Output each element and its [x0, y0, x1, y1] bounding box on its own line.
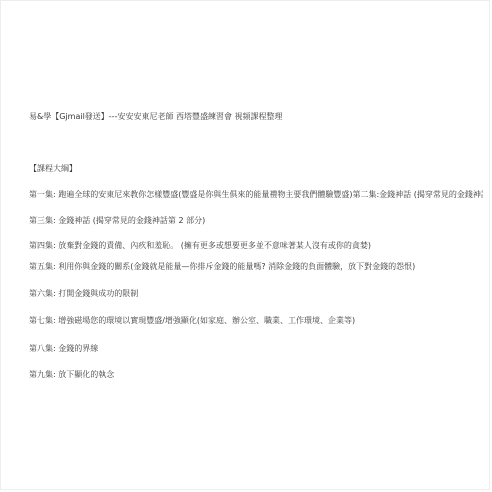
outline-line-episode-4: 第四集: 放棄對金錢的責備、內疚和羞恥。 (擁有更多或想要更多並不意味著某人沒有… — [29, 240, 483, 252]
document-title: 易&學【Gjmail發送】---安安安東尼老師 西塔豐盛練習會 視頻課程整理 — [29, 111, 483, 123]
document-page: 易&學【Gjmail發送】---安安安東尼老師 西塔豐盛練習會 視頻課程整理 【… — [0, 0, 490, 490]
outline-line-episode-7: 第七集: 增強磁場您的環境以實現豐盛/增強顯化(如家庭、辦公室、職業、工作環境、… — [29, 315, 483, 327]
section-heading-course-outline: 【課程大綱】 — [29, 163, 483, 175]
outline-line-episode-6: 第六集: 打開金錢與成功的限制 — [29, 288, 483, 300]
outline-line-episode-3: 第三集: 金錢神話 (揭穿常見的金錢神話第 2 部分) — [29, 215, 483, 227]
outline-line-episode-8: 第八集: 金錢的界線 — [29, 343, 483, 355]
outline-line-episode-9: 第九集: 放下顯化的執念 — [29, 369, 483, 381]
outline-line-episode-5: 第五集: 利用你與金錢的關系(金錢就是能量—你排斥金錢的能量嗎? 消除金錢的負面… — [29, 261, 483, 273]
outline-line-episode-1-2: 第一集: 跑遍全球的安東尼來教你怎樣豐盛(豐盛是你與生俱來的能量禮物主要我們體驗… — [29, 189, 483, 201]
